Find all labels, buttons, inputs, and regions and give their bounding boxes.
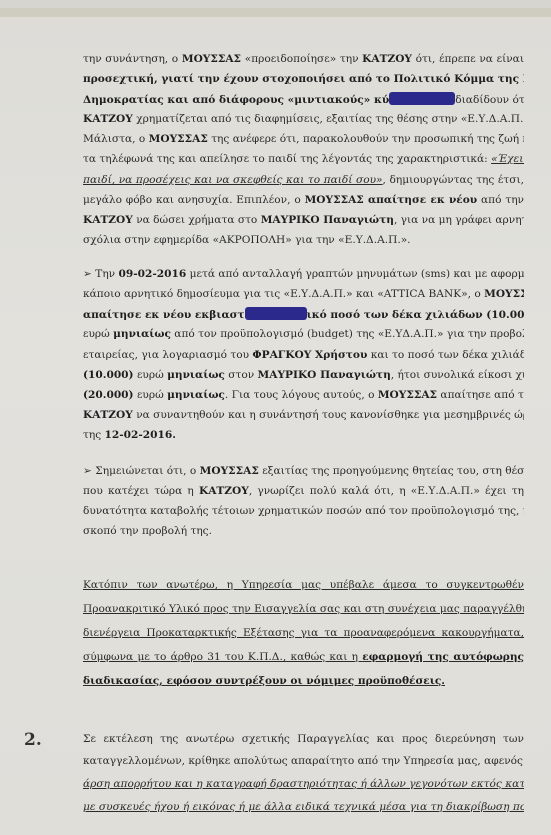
s2-line-4: με συσκευές ήχου ή εικόνας ή με άλλα ειδ… [83,800,524,814]
p4-line-1: Κατόπιν των ανωτέρω, η Υπηρεσία μας υπέβ… [83,578,524,592]
p2-line-5: εταιρείας, για λογαριασμό του ΦΡΑΓΚΟΥ Χρ… [83,348,524,362]
p2-line-2: κάποιο αρνητικό δημοσίευμα για τις «Ε.Υ.… [83,287,524,301]
p2-line-7: (20.000) ευρώ μηνιαίως. Για τους λόγους … [83,388,524,402]
p4-line-3: διενέργεια Προκαταρκτικής Εξέτασης για τ… [83,626,524,640]
s2-line-2: καταγγελλομένων, κρίθηκε απολύτως απαραί… [83,754,524,768]
p2-line-3: απαίτησε εκ νέου εκβιαστικό ποσό των δέκ… [83,307,524,321]
p1-line-6: τα τηλέφωνά της και απείλησε το παιδί τη… [83,152,524,166]
p1-line-10: σχόλια στην εφημερίδα «ΑΚΡΟΠΟΛΗ» για την… [83,233,524,247]
s2-line-3: άρση απορρήτου και η καταγραφή δραστηριό… [83,777,524,791]
page-top-edge [0,8,551,17]
p1-line-5: Μάλιστα, ο ΜΟΥΣΣΑΣ της ανέφερε ότι, παρα… [83,132,524,146]
redaction-mark [245,307,307,320]
p1-line-1: την συνάντηση, ο ΜΟΥΣΣΑΣ «προειδοποίησε»… [83,52,524,66]
p2-line-9: της 12-02-2016. [83,428,524,442]
p1-line-2: προσεχτική, γιατί την έχουν στοχοποιήσει… [83,72,524,86]
arrow-bullet-icon: ➢ [83,465,92,477]
p1-line-4: ΚΑΤΖΟΥ χρηματίζεται από τις διαφημίσεις,… [83,112,524,126]
p3-line-4: σκοπό την προβολή της. [83,524,524,538]
p3-line-2: που κατέχει τώρα η ΚΑΤΖΟΥ, γνωρίζει πολύ… [83,484,524,498]
p2-line-1: ➢ Την 09-02-2016 μετά από ανταλλαγή γραπ… [83,267,524,281]
p4-line-5: διαδικασίας, εφόσον συντρέξουν οι νόμιμε… [83,674,524,688]
p2-line-6: (10.000) ευρώ μηνιαίως στον ΜΑΥΡΙΚΟ Πανα… [83,368,524,382]
p4-line-2: Προανακριτικό Υλικό προς την Εισαγγελία … [83,602,524,616]
p1-line-3: Δημοκρατίας και από διάφορους «μιντιακού… [83,92,524,106]
document-page: την συνάντηση, ο ΜΟΥΣΣΑΣ «προειδοποίησε»… [0,8,551,835]
section-number: 2. [24,730,42,750]
p1-line-9: ΚΑΤΖΟΥ να δώσει χρήματα στο ΜΑΥΡΙΚΟ Πανα… [83,213,524,227]
p2-line-8: ΚΑΤΖΟΥ να συναντηθούν και η συνάντησή το… [83,408,524,422]
redaction-mark [389,92,455,105]
p4-line-4: σύμφωνα με το άρθρο 31 του Κ.Π.Δ., καθώς… [83,650,524,664]
s2-line-1: Σε εκτέλεση της ανωτέρω σχετικής Παραγγε… [83,732,524,746]
p1-line-8: μεγάλο φόβο και ανησυχία. Επιπλέον, ο ΜΟ… [83,193,524,207]
p3-line-3: δυνατότητα καταβολής τέτοιων χρηματικών … [83,504,524,518]
p2-line-4: ευρώ μηνιαίως από τον προϋπολογισμό (bud… [83,327,524,341]
p1-line-7: παιδί, να προσέχεις και να σκεφθείς και … [83,173,524,187]
p3-line-1: ➢ Σημειώνεται ότι, ο ΜΟΥΣΣΑΣ εξαιτίας τη… [83,464,524,478]
arrow-bullet-icon: ➢ [83,268,92,280]
